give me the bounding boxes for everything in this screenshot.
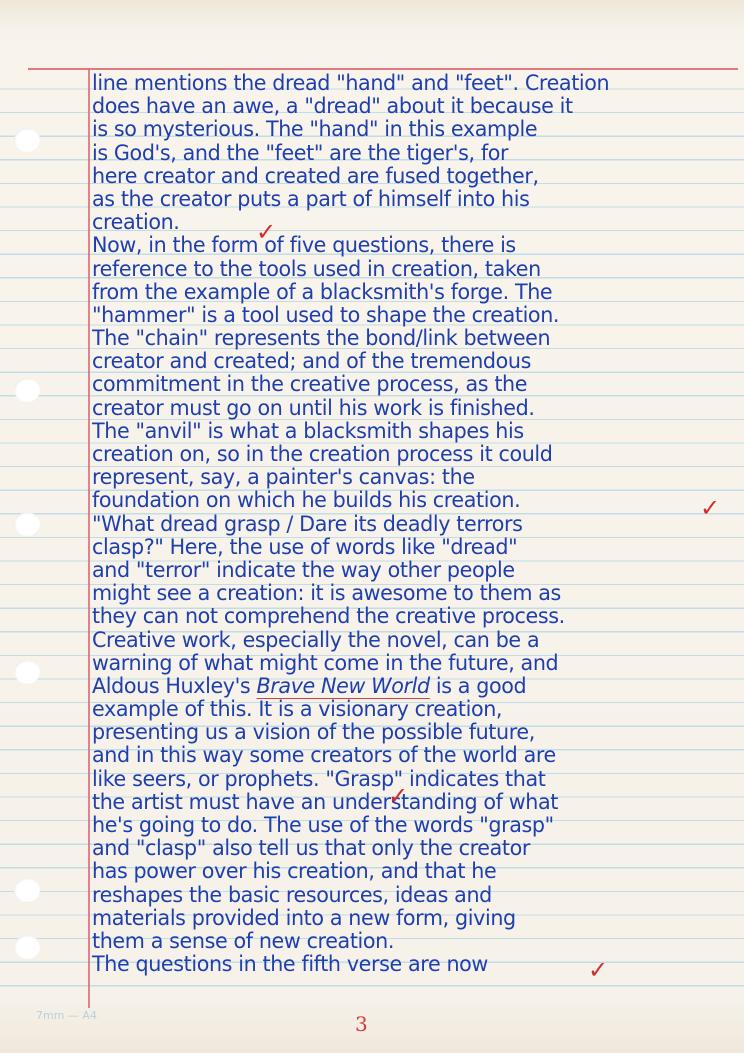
punch-hole: [14, 660, 40, 684]
text-line: creator must go on until his work is fin…: [92, 397, 732, 420]
punch-hole: [14, 935, 40, 959]
text-line: might see a creation: it is awesome to t…: [92, 582, 732, 605]
text-line: warning of what might come in the future…: [92, 652, 732, 675]
checkmark-icon: ✓: [388, 784, 408, 808]
text-line: The "chain" represents the bond/link bet…: [92, 327, 732, 350]
text-line: he's going to do. The use of the words "…: [92, 814, 732, 837]
text-line: creation on, so in the creation process …: [92, 443, 732, 466]
checkmark-icon: ✓: [256, 220, 276, 244]
text-line: from the example of a blacksmith's forge…: [92, 281, 732, 304]
text-line: foundation on which he builds his creati…: [92, 489, 732, 512]
text-line: has power over his creation, and that he: [92, 860, 732, 883]
punch-hole: [14, 128, 40, 152]
punch-hole: [14, 378, 40, 402]
text-line: Creative work, especially the novel, can…: [92, 629, 732, 652]
text-line: clasp?" Here, the use of words like "dre…: [92, 536, 732, 559]
paper-brand-label: 7mm — A4: [36, 1009, 97, 1022]
notebook-page: line mentions the dread "hand" and "feet…: [0, 0, 744, 1053]
text-line: and "clasp" also tell us that only the c…: [92, 837, 732, 860]
checkmark-icon: ✓: [700, 496, 720, 520]
punch-hole: [14, 512, 40, 536]
text-line: is so mysterious. The "hand" in this exa…: [92, 118, 732, 141]
text-line: and in this way some creators of the wor…: [92, 744, 732, 767]
text-line: like seers, or prophets. "Grasp" indicat…: [92, 768, 732, 791]
checkmark-icon: ✓: [588, 958, 608, 982]
text-line: creator and created; and of the tremendo…: [92, 350, 732, 373]
header-rule: [28, 68, 738, 70]
text-line: the artist must have an understanding of…: [92, 791, 732, 814]
underlined-title: Brave New World: [257, 674, 430, 699]
text-line: line mentions the dread "hand" and "feet…: [92, 72, 732, 95]
margin-rule: [88, 68, 90, 1008]
text-line: does have an awe, a "dread" about it bec…: [92, 95, 732, 118]
text-line: materials provided into a new form, givi…: [92, 907, 732, 930]
text-line: Now, in the form of five questions, ther…: [92, 234, 732, 257]
page-number: 3: [355, 1012, 368, 1036]
text-line: example of this. It is a visionary creat…: [92, 698, 732, 721]
text-line: as the creator puts a part of himself in…: [92, 188, 732, 211]
text-line: The questions in the fifth verse are now: [92, 953, 732, 976]
text-line: they can not comprehend the creative pro…: [92, 605, 732, 628]
text-line: commitment in the creative process, as t…: [92, 373, 732, 396]
text-line: "What dread grasp / Dare its deadly terr…: [92, 513, 732, 536]
text-line: reference to the tools used in creation,…: [92, 258, 732, 281]
text-line: represent, say, a painter's canvas: the: [92, 466, 732, 489]
text-line: The "anvil" is what a blacksmith shapes …: [92, 420, 732, 443]
text-line: creation.: [92, 211, 732, 234]
text-line: reshapes the basic resources, ideas and: [92, 884, 732, 907]
handwritten-text: line mentions the dread "hand" and "feet…: [92, 72, 742, 976]
text-line: them a sense of new creation.: [92, 930, 732, 953]
text-line: and "terror" indicate the way other peop…: [92, 559, 732, 582]
text-line: Aldous Huxley's Brave New World is a goo…: [92, 675, 732, 698]
text-line: presenting us a vision of the possible f…: [92, 721, 732, 744]
text-line: "hammer" is a tool used to shape the cre…: [92, 304, 732, 327]
punch-hole: [14, 878, 40, 902]
text-line: here creator and created are fused toget…: [92, 165, 732, 188]
text-line: is God's, and the "feet" are the tiger's…: [92, 142, 732, 165]
